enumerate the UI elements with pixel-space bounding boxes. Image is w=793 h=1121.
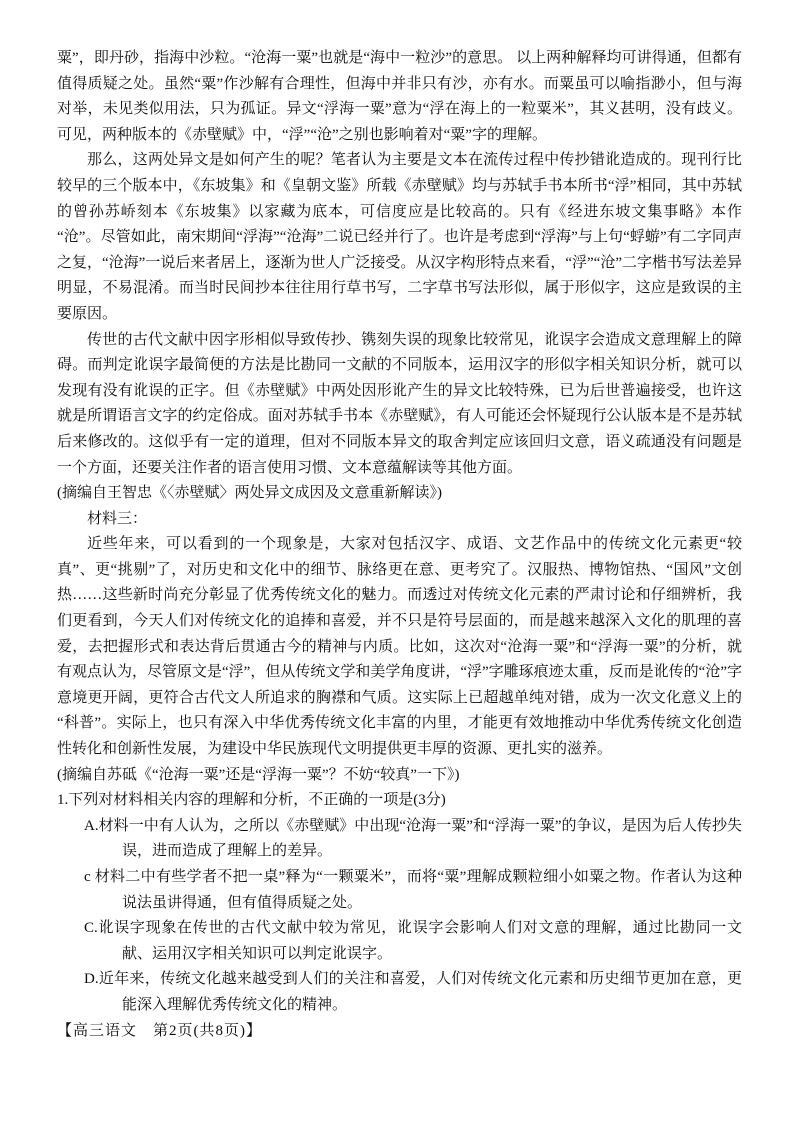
attribution-material-two: (摘编自王智忠《〈赤壁赋〉两处异文成因及文意重新解读》)	[57, 481, 742, 507]
question-1-option-b: c 材料二中有些学者不把一桌”释为“一颗粟米”，而将“粟”理解成颗粒细小如粟之物…	[57, 865, 742, 916]
page-footer: 【高三语文 第2页(共8页)】	[57, 1019, 742, 1045]
option-d-text: 近年来，传统文化越来越受到人们的关注和喜爱，人们对传统文化元素和历史细节更加在意…	[99, 971, 742, 1013]
option-b-label: c	[84, 869, 95, 885]
question-1-option-a: A.材料一中有人认为，之所以《赤壁赋》中出现“沧海一粟”和“浮海一粟”的争议，是…	[57, 814, 742, 865]
exam-page: 粟”，即丹砂，指海中沙粒。“沧海一粟”也就是“海中一粒沙”的意思。 以上两种解释…	[0, 0, 793, 1121]
attribution-material-three: (摘编自苏砥《“沧海一粟”还是“浮海一粟”？不妨“较真”一下》)	[57, 763, 742, 789]
material-three-label: 材料三：	[57, 507, 742, 533]
option-c-label: C.	[84, 920, 98, 936]
paragraph-textual-errors: 传世的古代文献中因字形相似导致传抄、镌刻失误的现象比较常见，讹误字会造成文意理解…	[57, 328, 742, 482]
question-1-option-c: C.讹误字现象在传世的古代文献中较为常见，讹误字会影响人们对文意的理解，通过比勘…	[57, 916, 742, 967]
option-d-label: D.	[84, 971, 99, 987]
question-1-stem: 1.下列对材料相关内容的理解和分析，不正确的一项是(3分)	[57, 788, 742, 814]
question-1-option-d: D.近年来，传统文化越来越受到人们的关注和喜爱，人们对传统文化元素和历史细节更加…	[57, 967, 742, 1018]
option-a-text: 材料一中有人认为，之所以《赤壁赋》中出现“沧海一粟”和“浮海一粟”的争议，是因为…	[99, 818, 742, 860]
option-a-label: A.	[84, 818, 99, 834]
option-b-text: 材料二中有些学者不把一桌”释为“一颗粟米”，而将“粟”理解成颗粒细小如粟之物。作…	[95, 869, 742, 911]
paragraph-origin-of-variants: 那么，这两处异文是如何产生的呢？笔者认为主要是文本在流传过程中传抄错讹造成的。现…	[57, 148, 742, 327]
option-c-text: 讹误字现象在传世的古代文献中较为常见，讹误字会影响人们对文意的理解，通过比勘同一…	[98, 920, 742, 962]
paragraph-material-three: 近些年来，可以看到的一个现象是，大家对包括汉字、成语、文艺作品中的传统文化元素更…	[57, 532, 742, 762]
paragraph-continuation: 粟”，即丹砂，指海中沙粒。“沧海一粟”也就是“海中一粒沙”的意思。 以上两种解释…	[57, 46, 742, 148]
